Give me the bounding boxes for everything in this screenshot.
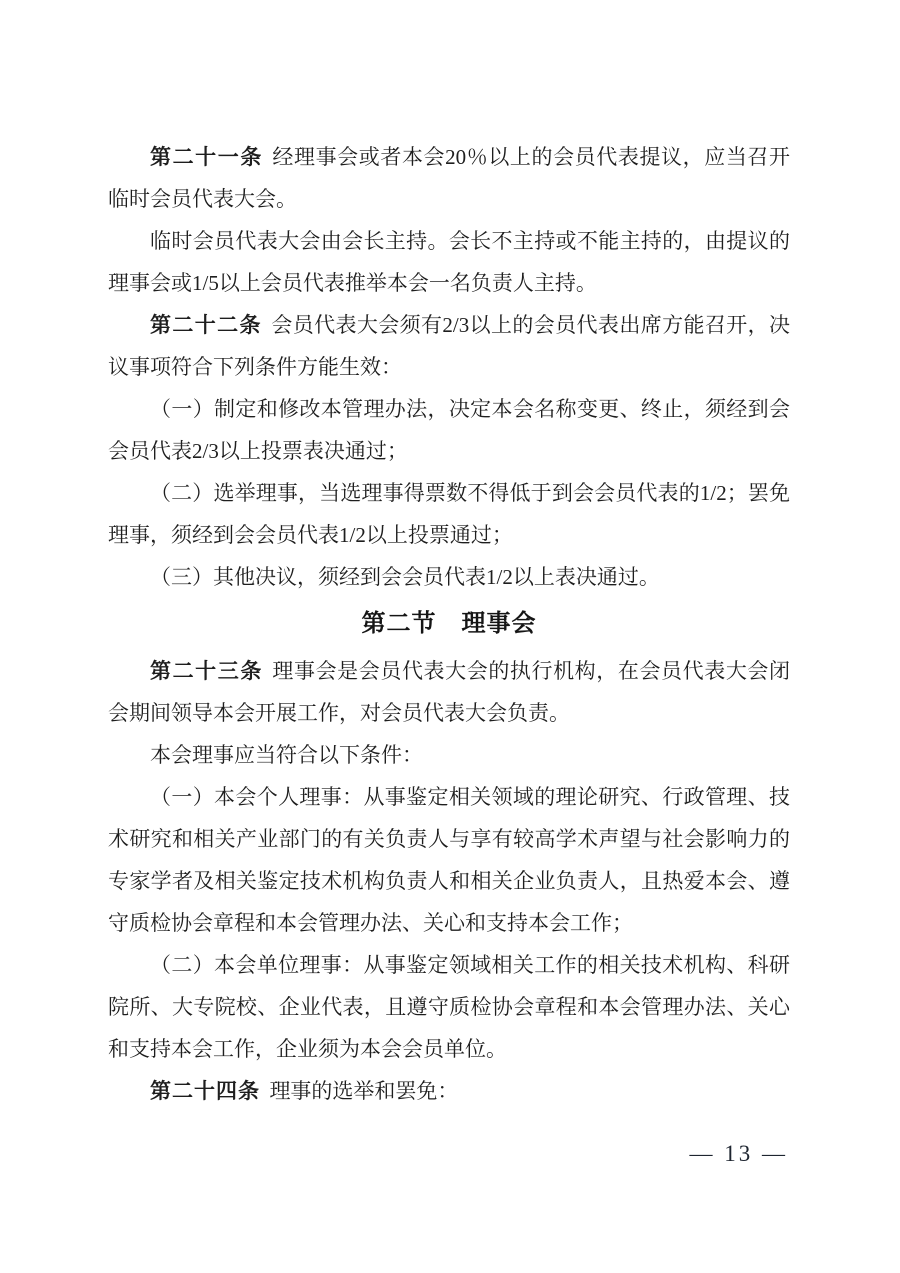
article-text: 理事的选举和罢免： (269, 1079, 458, 1103)
article-number: 第二十四条 (150, 1079, 260, 1103)
article-paragraph: 第二十一条经理事会或者本会20％以上的会员代表提议，应当召开临时会员代表大会。 (108, 136, 790, 220)
article-paragraph: 第二十四条理事的选举和罢免： (108, 1070, 790, 1112)
article-number: 第二十二条 (150, 313, 262, 337)
document-page: 第二十一条经理事会或者本会20％以上的会员代表提议，应当召开临时会员代表大会。临… (0, 0, 900, 1273)
page-number: — 13 — (690, 1139, 789, 1169)
body-paragraph: （三）其他决议，须经到会会员代表1/2以上表决通过。 (108, 556, 790, 598)
body-paragraph: （二）选举理事，当选理事得票数不得低于到会会员代表的1/2；罢免理事，须经到会会… (108, 472, 790, 556)
section-heading: 第二节 理事会 (108, 603, 790, 645)
body-paragraph: （一）本会个人理事：从事鉴定相关领域的理论研究、行政管理、技术研究和相关产业部门… (108, 776, 790, 944)
article-number: 第二十三条 (150, 659, 263, 683)
document-body: 第二十一条经理事会或者本会20％以上的会员代表提议，应当召开临时会员代表大会。临… (108, 136, 790, 1112)
article-paragraph: 第二十三条理事会是会员代表大会的执行机构，在会员代表大会闭会期间领导本会开展工作… (108, 650, 790, 734)
body-paragraph: （一）制定和修改本管理办法，决定本会名称变更、终止，须经到会会员代表2/3以上投… (108, 388, 790, 472)
article-number: 第二十一条 (150, 145, 263, 169)
body-paragraph: 临时会员代表大会由会长主持。会长不主持或不能主持的，由提议的理事会或1/5以上会… (108, 220, 790, 304)
body-paragraph: 本会理事应当符合以下条件： (108, 734, 790, 776)
article-paragraph: 第二十二条会员代表大会须有2/3以上的会员代表出席方能召开，决议事项符合下列条件… (108, 304, 790, 388)
body-paragraph: （二）本会单位理事：从事鉴定领域相关工作的相关技术机构、科研院所、大专院校、企业… (108, 944, 790, 1070)
